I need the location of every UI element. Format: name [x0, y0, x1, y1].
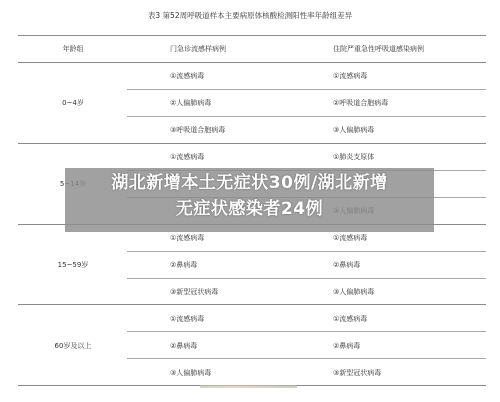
outpatient-cell: ③新型冠状病毒	[170, 287, 218, 297]
age-group-cell: 60岁及以上	[18, 341, 128, 351]
age-group-cell: 15~59岁	[18, 260, 128, 270]
outpatient-cell: ②人偏肺病毒	[170, 98, 211, 108]
headline-line-1: 湖北新增本土无症状30例/湖北新增	[65, 170, 434, 196]
row-divider	[127, 278, 486, 279]
outpatient-cell: ①流感病毒	[170, 152, 204, 162]
outpatient-cell: ③人偏肺病毒	[170, 368, 211, 378]
row-divider	[127, 358, 486, 359]
inpatient-cell: ②鼻病毒	[333, 341, 360, 351]
row-divider	[127, 251, 486, 252]
inpatient-cell: ①肺炎支原体	[333, 152, 374, 162]
inpatient-cell: ②呼吸道合胞病毒	[333, 98, 388, 108]
inpatient-cell: ②鼻病毒	[333, 260, 360, 270]
outpatient-cell: ③呼吸道合胞病毒	[170, 125, 225, 135]
group-divider	[18, 304, 486, 305]
inpatient-cell: ①流感病毒	[333, 314, 367, 324]
header-bottom-rule	[18, 62, 486, 63]
table-top-rule	[18, 35, 486, 36]
outpatient-cell: ①流感病毒	[170, 314, 204, 324]
inpatient-cell: ③人偏肺病毒	[333, 125, 374, 135]
headline-line-2: 无症状感染者24例	[65, 196, 434, 222]
header-outpatient: 门急诊流感样病例	[170, 44, 226, 54]
group-divider	[18, 143, 486, 144]
table-title: 表3 第52周呼吸道样本主要病原体核酸检测阳性率年龄组差异	[0, 10, 500, 21]
inpatient-cell: ①流感病毒	[333, 71, 367, 81]
inpatient-cell: ①流感病毒	[333, 233, 367, 243]
row-divider	[127, 89, 486, 90]
header-age-group: 年龄组	[18, 44, 128, 54]
header-inpatient: 住院严重急性呼吸道感染病例	[333, 44, 424, 54]
row-divider	[127, 331, 486, 332]
image-artifact-strip	[200, 385, 297, 388]
outpatient-cell: ①流感病毒	[170, 71, 204, 81]
age-group-cell: 0~4岁	[18, 98, 128, 108]
row-divider	[127, 116, 486, 117]
inpatient-cell: ③新型冠状病毒	[333, 368, 381, 378]
outpatient-cell: ②鼻病毒	[170, 260, 197, 270]
headline-overlay-text: 湖北新增本土无症状30例/湖北新增 无症状感染者24例	[65, 170, 434, 222]
outpatient-cell: ②鼻病毒	[170, 341, 197, 351]
inpatient-cell: ③人偏肺病毒	[333, 287, 374, 297]
outpatient-cell: ①流感病毒	[170, 233, 204, 243]
